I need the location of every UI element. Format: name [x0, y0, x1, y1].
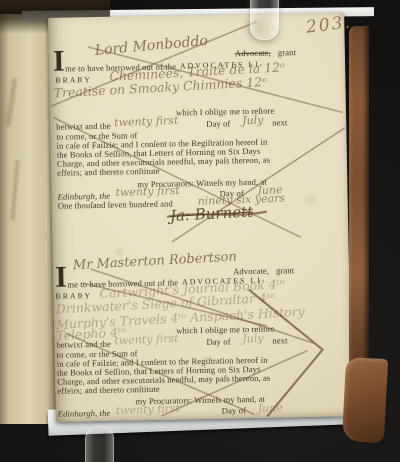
form1-year-line: One thouſand ſeven hundred and [58, 199, 173, 211]
form1-due-month-handwritten: July [242, 114, 264, 128]
form2-advocate-grant-line: Advocate, grant [233, 265, 294, 276]
form2-effeirs-line: effeirs; and thereto conſtitute [57, 384, 160, 396]
form2-drop-cap: I [55, 264, 67, 291]
form1-signature-handwritten: Ja: Burnett [170, 203, 254, 225]
form1-advocate-grant-line: Advocate, grant [235, 47, 296, 58]
book-fore-edge-corner [342, 357, 388, 443]
form1-day-of-label: Day of [206, 118, 230, 128]
form2-next-label: next [272, 335, 287, 345]
form2-signed-month-handwritten: June [257, 401, 283, 415]
holding-strap-top [250, 0, 279, 40]
form2-borrower-name-handwritten: Mr Masterton Robertson [73, 249, 238, 273]
holding-strap-bottom [85, 426, 114, 462]
form1-next-label: next [272, 117, 287, 127]
foxing-spot [302, 193, 320, 207]
document-page: I Lord Monboddo Advocate, grant me to ha… [48, 12, 352, 422]
form2-due-month-handwritten: July [242, 332, 264, 346]
form1-advocate-word-struck: Advocate, [235, 48, 271, 59]
form2-due-day-handwritten: twenty first [114, 332, 179, 347]
form2-day-of-label: Day of [206, 336, 230, 346]
form2-grant-word: grant [276, 265, 294, 275]
form2-advocate-word: Advocate, [233, 266, 269, 277]
form1-grant-word: grant [278, 47, 296, 57]
form2-signed-day-handwritten: twenty first [115, 402, 180, 417]
scan-stage: I Lord Monboddo Advocate, grant me to ha… [0, 0, 400, 462]
form1-signed-day-handwritten: twenty first [115, 184, 180, 199]
form2-day-of-label-2: Day of [222, 405, 246, 415]
form1-drop-cap: I [53, 48, 65, 75]
folio-number: 203. [305, 12, 353, 37]
form1-effeirs-line: effeirs; and thereto conſtitute [57, 166, 160, 178]
form2-edinburgh-label: Edinburgh, the [58, 408, 111, 419]
form1-due-day-handwritten: twenty first [114, 114, 179, 129]
form1-borrower-name-handwritten: Lord Monboddo [94, 33, 208, 59]
